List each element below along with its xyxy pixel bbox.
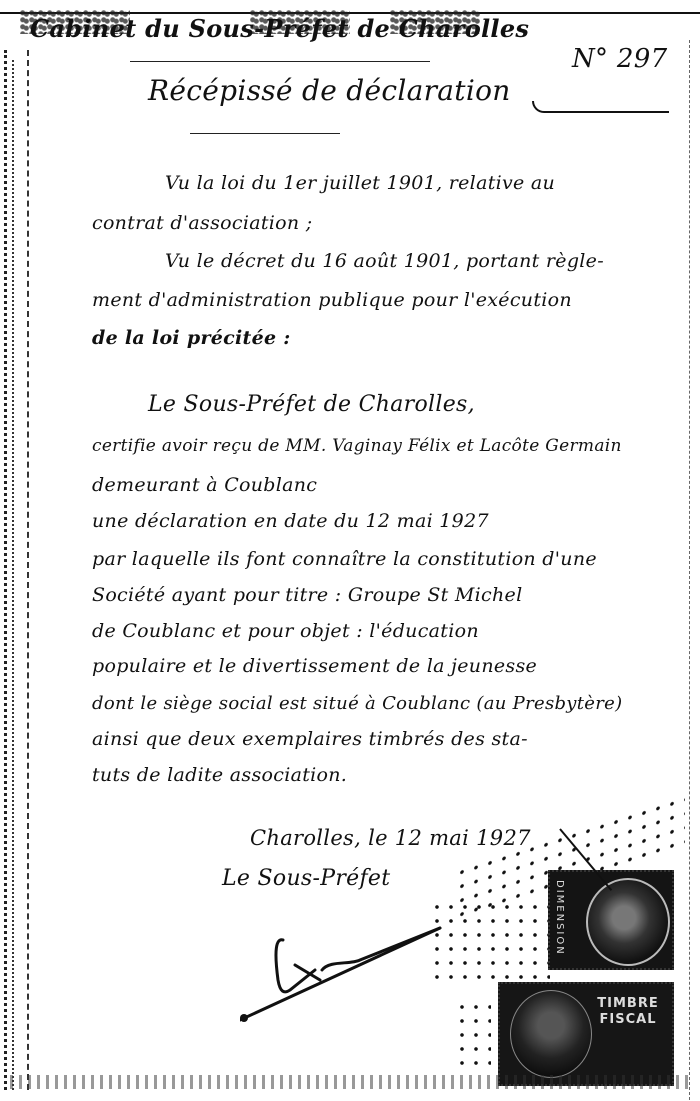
place-date: Charolles, le 12 mai 1927 [250,826,531,850]
preamble-line: ment d'administration publique pour l'ex… [92,289,572,311]
office-header: Cabinet du Sous-Préfet de Charolles [30,14,529,43]
right-margin-border [689,40,690,1100]
stamp-label: TIMBRE FISCAL [592,996,664,1028]
handwritten-signature [240,920,490,1020]
number-underline [532,101,669,113]
fiscal-stamp-dimension: DIMENSION [548,870,674,970]
stamp-label: DIMENSION [554,880,565,956]
fiscal-stamp-timbre: TIMBRE FISCAL [498,982,674,1086]
signature-scrawl-icon [240,920,490,1030]
body-line: par laquelle ils font connaître la const… [92,548,597,570]
body-line: ainsi que deux exemplaires timbrés des s… [92,728,528,750]
body-line: populaire et le divertissement de la jeu… [92,655,537,677]
title-underline [190,133,340,134]
body-line: Le Sous-Préfet de Charolles, [148,392,475,417]
preamble-line: Vu le décret du 16 août 1901, portant rè… [165,250,604,272]
body-line: une déclaration en date du 12 mai 1927 [92,510,489,532]
body-line: certifie avoir reçu de MM. Vaginay Félix… [92,436,622,456]
preamble-line: contrat d'association ; [92,212,312,234]
body-line: de Coublanc et pour objet : l'éducation [92,620,479,642]
stamp-medallion-icon [510,990,592,1078]
bottom-edge-noise [10,1075,690,1089]
preamble-line: de la loi précitée : [92,327,291,349]
scanned-document-page: Cabinet du Sous-Préfet de Charolles N° 2… [0,0,700,1101]
stamp-medallion-icon [586,878,670,966]
receipt-number: N° 297 [572,44,667,74]
signatory-title: Le Sous-Préfet [222,866,390,891]
document-title: Récépissé de déclaration [148,74,511,107]
preamble-line: Vu la loi du 1er juillet 1901, relative … [165,172,555,194]
left-margin-border [4,50,29,1090]
body-line: Société ayant pour titre : Groupe St Mic… [92,584,522,606]
body-line: tuts de ladite association. [92,764,347,786]
left-margin-border-inner [12,60,15,1090]
body-line: demeurant à Coublanc [92,474,317,496]
body-line: dont le siège social est situé à Coublan… [92,693,622,714]
header-underline [130,61,430,62]
